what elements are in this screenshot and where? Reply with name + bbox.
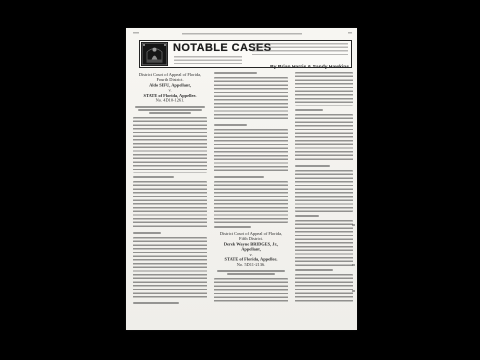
paragraph-end-line (295, 269, 333, 271)
case1-caption: District Court of Appeal of Florida, Fou… (133, 72, 207, 103)
blurred-paragraph (214, 181, 288, 223)
citation-line (227, 273, 274, 275)
citation-line (149, 112, 192, 114)
paragraph-end-line (133, 302, 179, 304)
scanned-newsletter-page: NOTABLE CASES By Brian Harris & Sandy Ha… (126, 28, 357, 330)
paragraph-end-line (133, 232, 161, 234)
paragraph-end-line (214, 176, 264, 178)
paragraph-end-line (214, 72, 257, 74)
scan-artifact (352, 264, 355, 266)
blurred-paragraph (214, 129, 288, 173)
case2-caption: District Court of Appeal of Florida, Fif… (214, 231, 288, 267)
citation-line (138, 109, 202, 111)
citation-line (135, 106, 205, 108)
paragraph-end-line (295, 215, 319, 217)
case2-citation-blurred (214, 270, 288, 275)
blurred-paragraph (295, 114, 353, 162)
blurred-paragraph (295, 274, 353, 302)
banner-intro-blurred (252, 43, 348, 57)
case2-docket: No. 5D11-2136. (214, 262, 288, 267)
blurred-paragraph (214, 278, 288, 304)
running-head-blurred (182, 33, 302, 35)
byline-container: By Brian Harris & Sandy Hawkins (209, 60, 349, 66)
paragraph-end-line (214, 226, 251, 228)
video-frame-background: NOTABLE CASES By Brian Harris & Sandy Ha… (0, 0, 480, 360)
blurred-paragraph (295, 72, 353, 106)
byline: By Brian Harris & Sandy Hawkins (262, 63, 349, 69)
blurred-paragraph (295, 170, 353, 212)
page-number-right-blurred (348, 32, 352, 35)
blurred-paragraph (133, 181, 207, 229)
case1-docket: No. 4D10-1261. (133, 98, 207, 103)
scan-artifact (352, 224, 355, 226)
column-2: District Court of Appeal of Florida, Fif… (214, 72, 288, 310)
column-3 (295, 72, 353, 310)
justice-statue-icon (141, 42, 168, 66)
paragraph-end-line (295, 165, 330, 167)
paragraph-end-line (214, 124, 247, 126)
notable-cases-banner: NOTABLE CASES By Brian Harris & Sandy Ha… (139, 40, 352, 68)
citation-line (217, 270, 285, 272)
page-number-left-blurred (133, 32, 139, 35)
blurred-paragraph (133, 237, 207, 299)
blurred-paragraph (295, 220, 353, 266)
blurred-paragraph (214, 77, 288, 121)
blurred-paragraph (133, 117, 207, 173)
scan-artifact (352, 290, 355, 292)
column-1: District Court of Appeal of Florida, Fou… (133, 72, 207, 310)
case1-citation-blurred (133, 106, 207, 114)
paragraph-end-line (133, 176, 174, 178)
paragraph-end-line (295, 109, 323, 111)
